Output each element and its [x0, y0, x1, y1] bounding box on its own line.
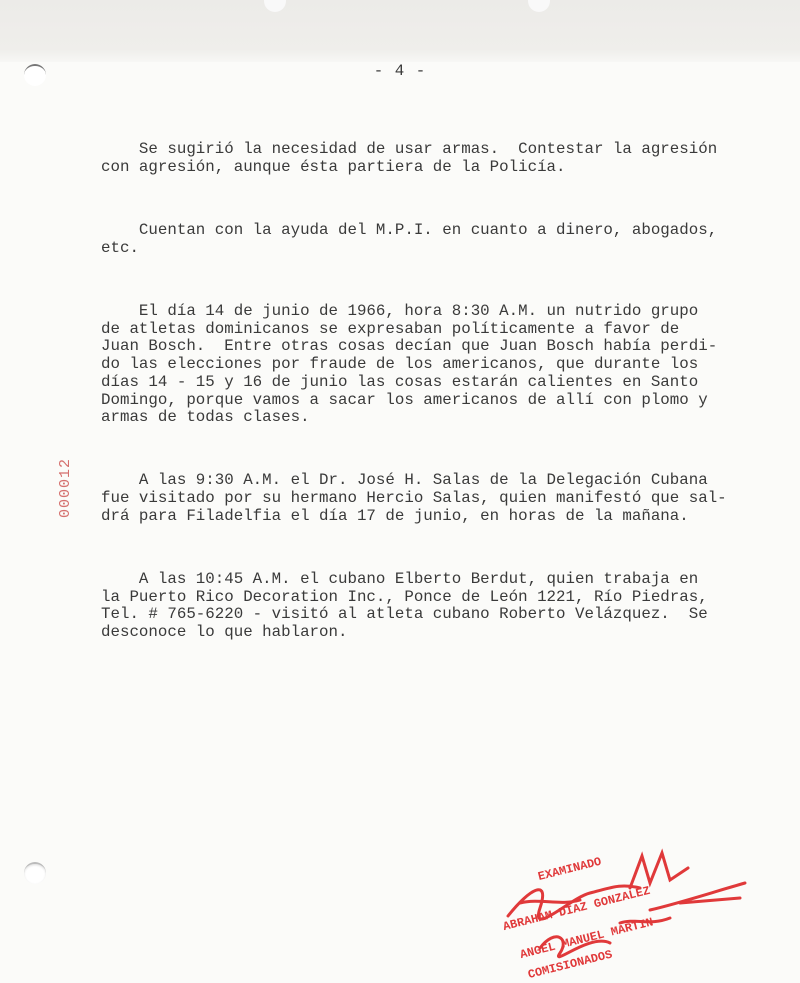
paragraph: A las 10:45 A.M. el cubano Elberto Berdu…: [101, 571, 741, 642]
page-number: - 4 -: [0, 62, 800, 80]
bates-number: 000012: [57, 458, 74, 518]
examination-stamp: EXAMINADO ABRAHAM DIAZ GONZALEZ ANGEL MA…: [500, 848, 750, 973]
document-body: Se sugirió la necesidad de usar armas. C…: [101, 106, 741, 669]
scan-top-shadow: [0, 0, 800, 62]
paragraph: Se sugirió la necesidad de usar armas. C…: [101, 141, 741, 176]
paragraph: El día 14 de junio de 1966, hora 8:30 A.…: [101, 303, 741, 427]
binder-hole: [24, 862, 46, 884]
paragraph: Cuentan con la ayuda del M.P.I. en cuant…: [101, 222, 741, 257]
paragraph: A las 9:30 A.M. el Dr. José H. Salas de …: [101, 472, 741, 525]
